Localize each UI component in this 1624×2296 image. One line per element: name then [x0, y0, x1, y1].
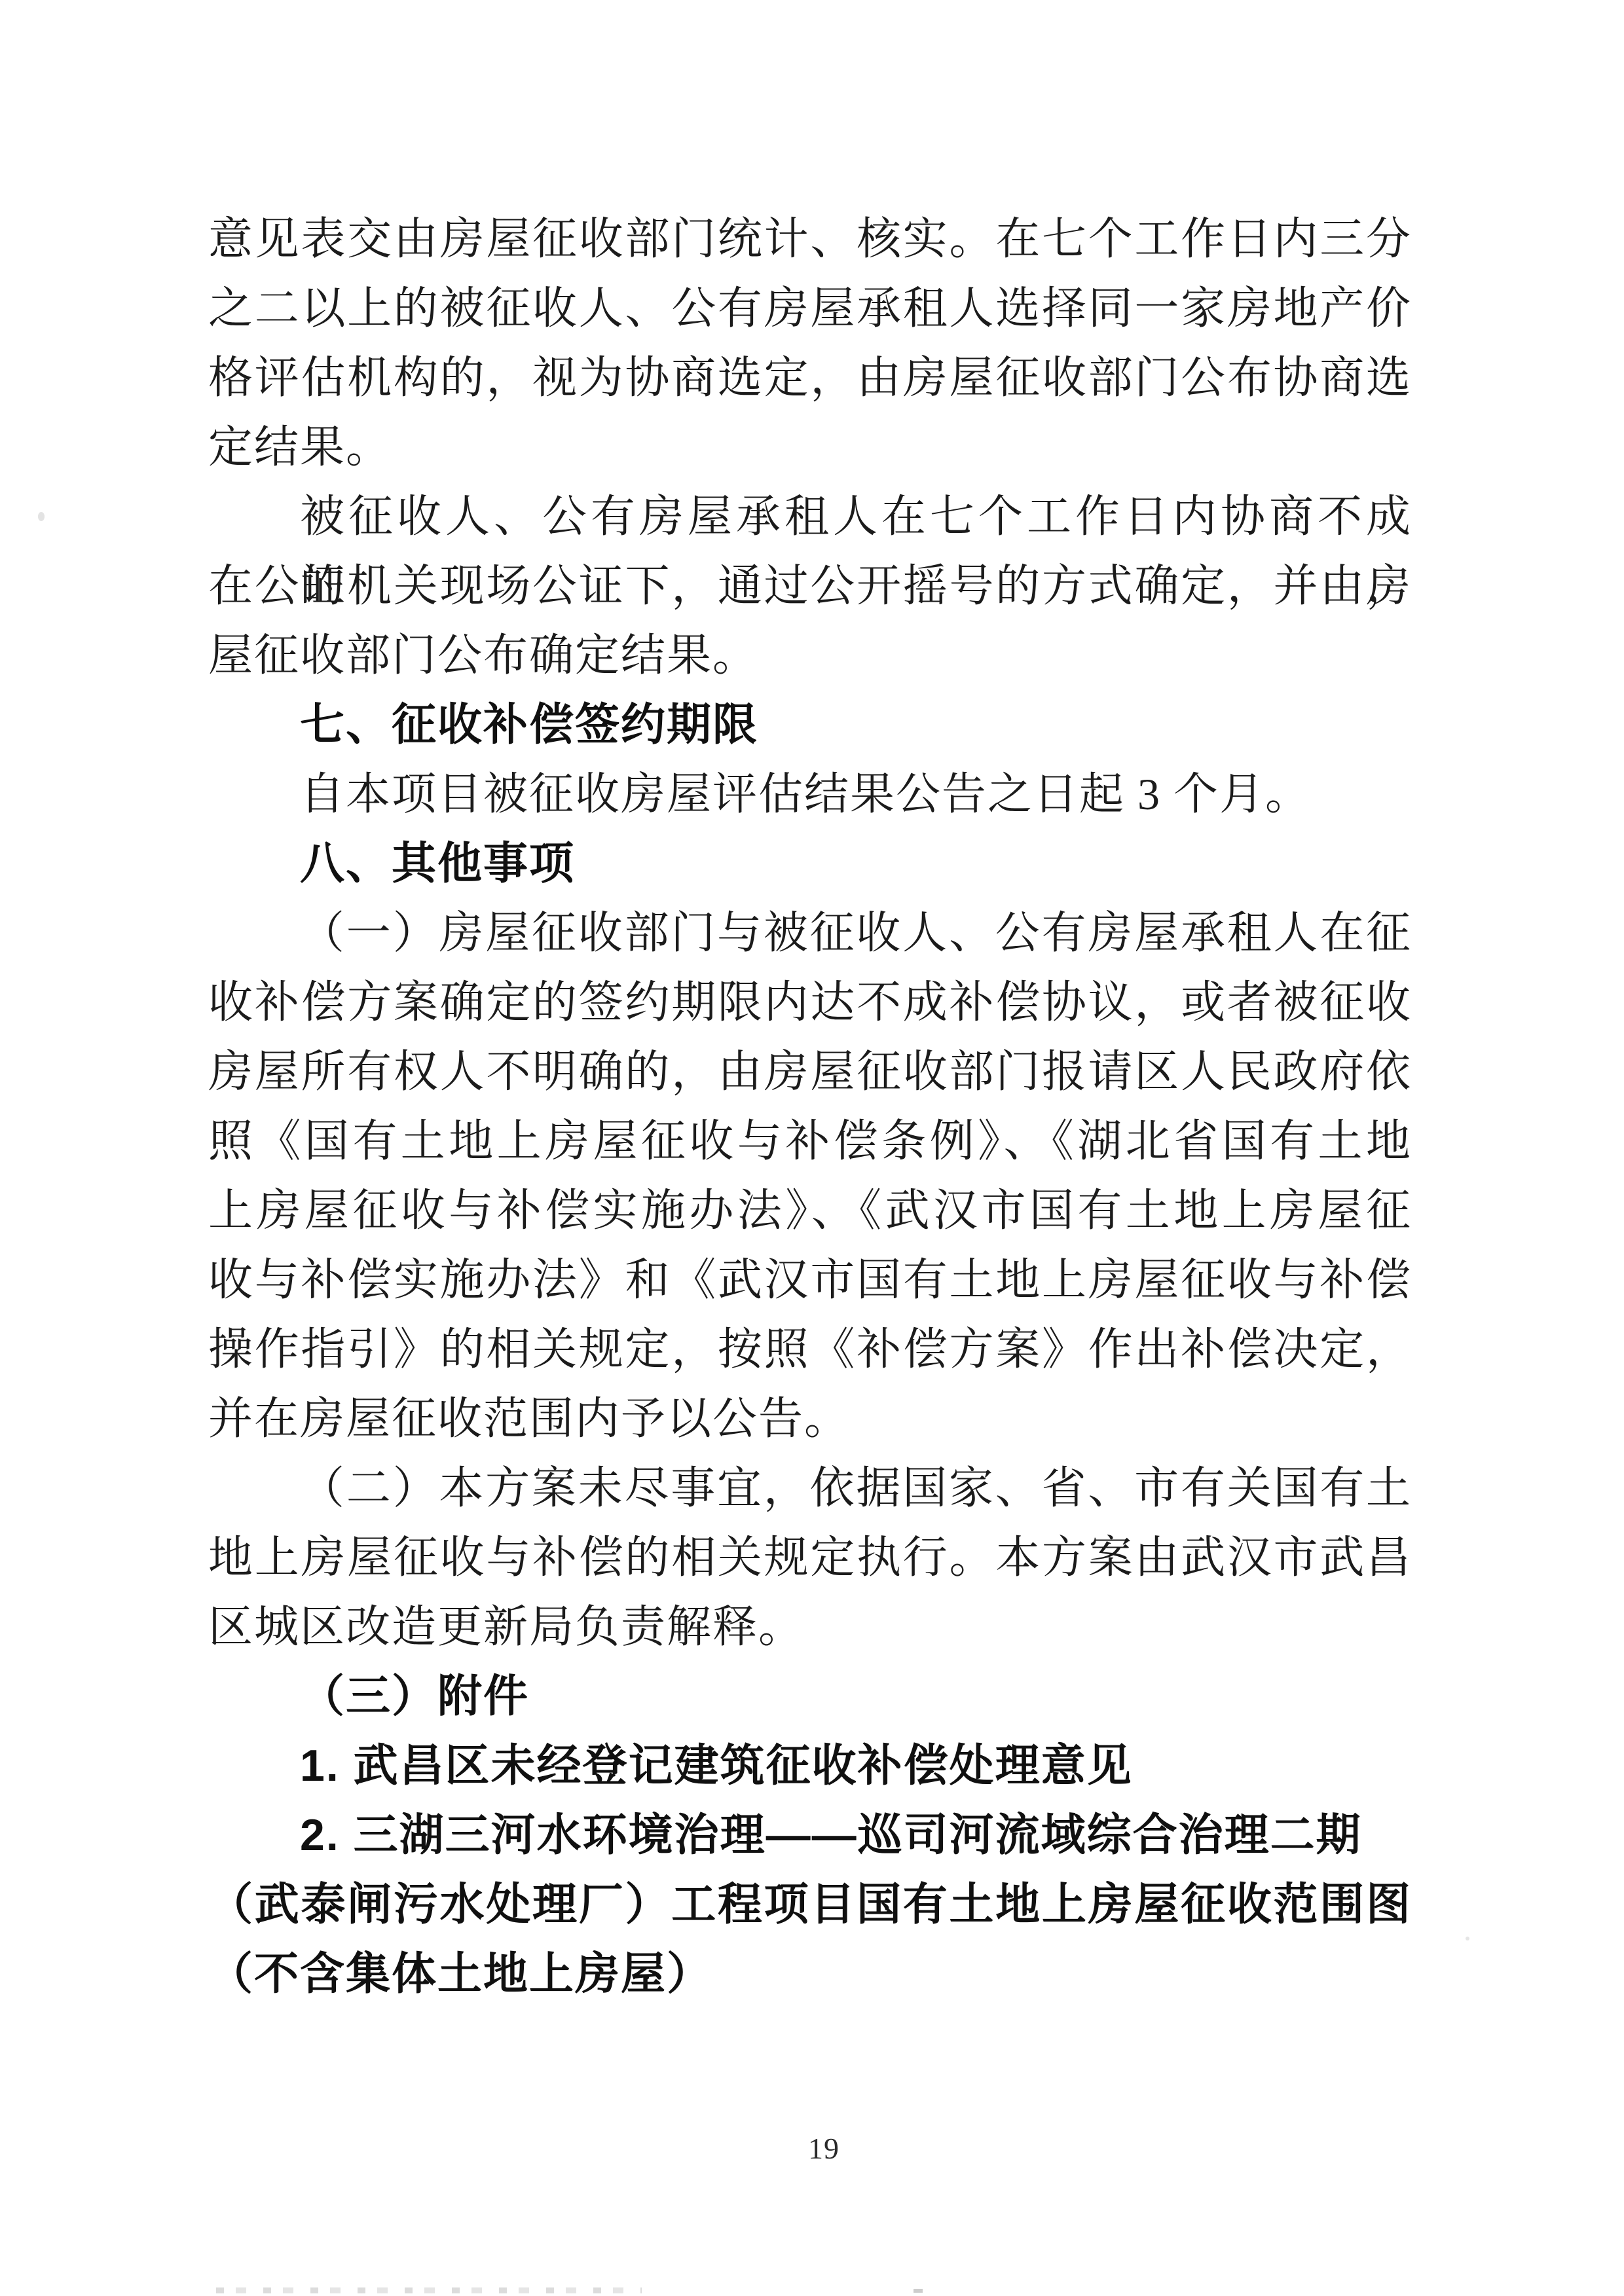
heading-line: 2. 三湖三河水环境治理——巡司河流域综合治理二期 [208, 1800, 1412, 1870]
text-line: 意见表交由房屋征收部门统计、核实。在七个工作日内三分 [208, 204, 1412, 274]
text-line: 收补偿方案确定的签约期限内达不成补偿协议，或者被征收 [208, 968, 1412, 1037]
scan-cutoff-text-fragment [913, 2289, 923, 2293]
text-line: 上房屋征收与补偿实施办法》、《武汉市国有土地上房屋征 [208, 1176, 1412, 1245]
text-line: 收与补偿实施办法》和《武汉市国有土地上房屋征收与补偿 [208, 1245, 1412, 1315]
document-body: 意见表交由房屋征收部门统计、核实。在七个工作日内三分之二以上的被征收人、公有房屋… [208, 204, 1412, 2009]
text-line: 并在房屋征收范围内予以公告。 [208, 1384, 1412, 1453]
text-line: 格评估机构的，视为协商选定，由房屋征收部门公布协商选 [208, 343, 1412, 412]
heading-line: 1. 武昌区未经登记建筑征收补偿处理意见 [208, 1731, 1412, 1800]
text-line: 照《国有土地上房屋征收与补偿条例》、《湖北省国有土地 [208, 1106, 1412, 1176]
heading-line: 七、征收补偿签约期限 [208, 690, 1412, 759]
page-number: 19 [808, 2132, 840, 2166]
heading-line: （武泰闸污水处理厂）工程项目国有土地上房屋征收范围图 [208, 1870, 1412, 1939]
heading-line: 八、其他事项 [208, 829, 1412, 898]
text-line: 在公证机关现场公证下，通过公开摇号的方式确定，并由房 [208, 551, 1412, 621]
text-line: 定结果。 [208, 412, 1412, 482]
text-line: 区城区改造更新局负责解释。 [208, 1592, 1412, 1662]
text-line: （一）房屋征收部门与被征收人、公有房屋承租人在征 [208, 898, 1412, 968]
document-page: 意见表交由房屋征收部门统计、核实。在七个工作日内三分之二以上的被征收人、公有房屋… [0, 0, 1624, 2296]
scan-speck [1466, 1937, 1469, 1941]
text-line: 之二以上的被征收人、公有房屋承租人选择同一家房地产价 [208, 274, 1412, 343]
heading-line: （三）附件 [208, 1662, 1412, 1731]
heading-line: （不含集体土地上房屋） [208, 1939, 1412, 2009]
text-line: 房屋所有权人不明确的，由房屋征收部门报请区人民政府依 [208, 1037, 1412, 1106]
text-line: 地上房屋征收与补偿的相关规定执行。本方案由武汉市武昌 [208, 1523, 1412, 1592]
text-line: 操作指引》的相关规定，按照《补偿方案》作出补偿决定， [208, 1315, 1412, 1384]
text-line: （二）本方案未尽事宜，依据国家、省、市有关国有土 [208, 1453, 1412, 1523]
text-line: 自本项目被征收房屋评估结果公告之日起 3 个月。 [208, 759, 1412, 829]
scan-cutoff-text-fragment [216, 2287, 642, 2293]
scan-speck [38, 512, 45, 521]
text-line: 屋征收部门公布确定结果。 [208, 621, 1412, 690]
text-line: 被征收人、公有房屋承租人在七个工作日内协商不成的， [208, 482, 1412, 551]
